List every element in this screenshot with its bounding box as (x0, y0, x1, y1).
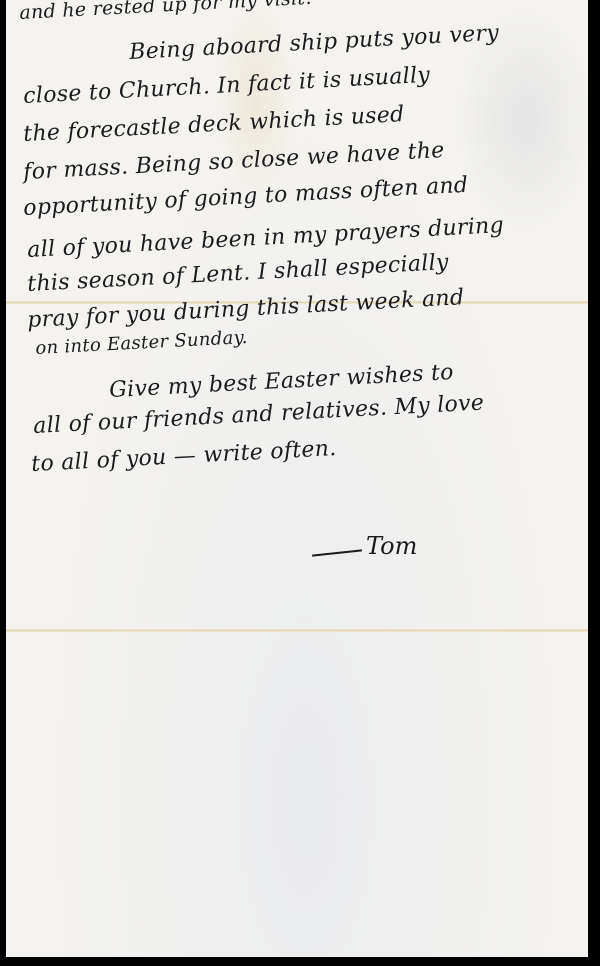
signature-dash (312, 549, 362, 556)
fold-line (6, 629, 588, 632)
letter-line: close to Church. In fact it is usually (23, 63, 431, 109)
letter-line: the forecastle deck which is used (23, 102, 405, 147)
letter-line: Being aboard ship puts you very (129, 21, 500, 65)
letter-line: and he rested up for my visit. (19, 0, 312, 24)
signature: Tom (366, 532, 417, 560)
letter-line: on into Easter Sunday. (35, 327, 248, 359)
letter-line: all of our friends and relatives. My lov… (33, 390, 485, 439)
letter-line: to all of you — write often. (31, 436, 337, 477)
letter-page: and he rested up for my visit. Being abo… (6, 0, 588, 957)
